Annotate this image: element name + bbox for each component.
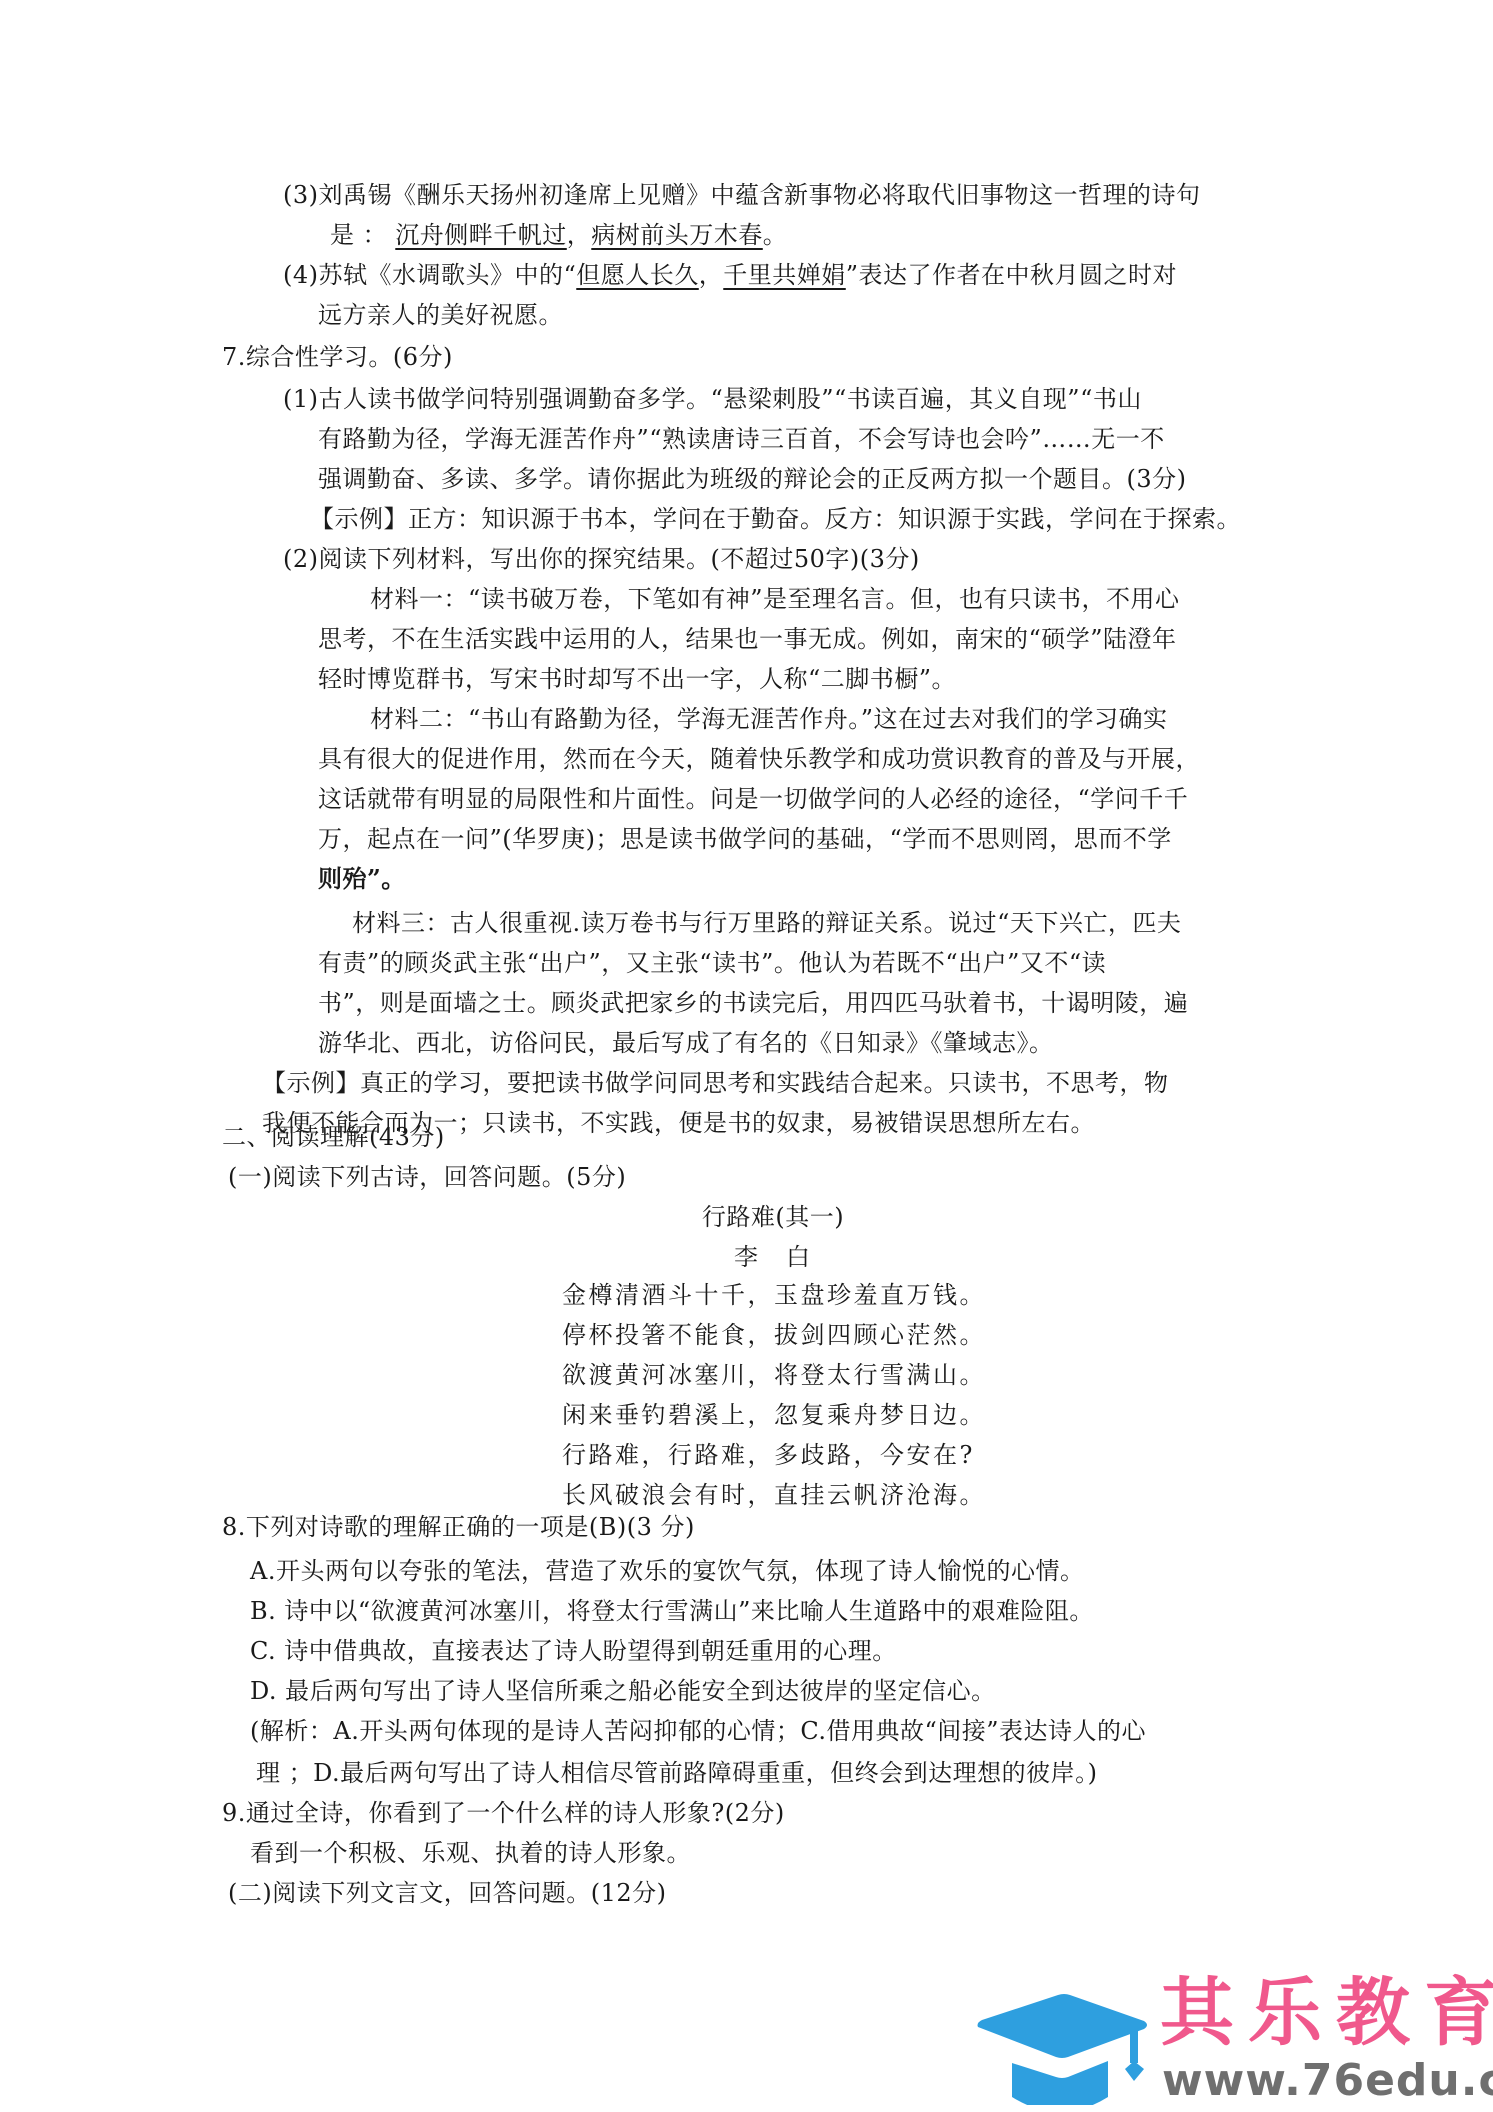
brand-name: 其乐教育 (1160, 1973, 1493, 2053)
answer-prefix: (4)苏轼《水调歌头》中的“ (283, 261, 576, 289)
answer-separator: ， (567, 221, 592, 249)
poem-line: 行路难，行路难，多歧路，今安在? (562, 1438, 975, 1472)
material3-line: 书”，则是面墙之士。顾炎武把家乡的书读完后，用四匹马驮着书，十谒明陵，遍 (318, 986, 1188, 1020)
q6-item3-answer-line: 是 ： 沉舟侧畔千帆过，病树前头万木春。 (330, 218, 787, 252)
brand-url: www.76edu.com (1162, 2057, 1493, 2105)
answer-blank-b: 病树前头万木春 (591, 221, 763, 249)
material2-line: 万，起点在一问”(华罗庚)；思是读书做学问的基础，“学而不思则罔，思而不学 (318, 822, 1172, 856)
poem-line: 长风破浪会有时，直挂云帆济沧海。 (562, 1478, 986, 1512)
q9-title: 9.通过全诗，你看到了一个什么样的诗人形象?(2分) (222, 1796, 785, 1830)
q7-part1-line: 强调勤奋、多读、多学。请你据此为班级的辩论会的正反两方拟一个题目。(3分) (318, 462, 1187, 496)
answer-suffix: 。 (763, 221, 788, 249)
material2-line-last: 则殆”。 (318, 862, 406, 896)
material3-line: 游华北、西北，访俗问民，最后写成了有名的《日知录》《肇域志》。 (318, 1026, 1054, 1060)
q8-title: 8.下列对诗歌的理解正确的一项是(B)(3 分) (222, 1510, 695, 1544)
poem-line: 欲渡黄河冰塞川，将登太行雪满山。 (562, 1358, 986, 1392)
poem-author: 李 白 (0, 1240, 1493, 1274)
watermark-logo: 其乐教育 www.76edu.com (968, 1965, 1488, 2105)
answer-suffix: ”表达了作者在中秋月圆之时对 (846, 261, 1177, 289)
material3-line: 材料三：古人很重视.读万卷书与行万里路的辩证关系。说过“天下兴亡，匹夫 (352, 906, 1181, 940)
q7-part2-prompt: (2)阅读下列材料，写出你的探究结果。(不超过50字)(3分) (283, 542, 920, 576)
answer-blank-a: 沉舟侧畔千帆过 (395, 221, 567, 249)
graduation-cap-icon (968, 1965, 1153, 2105)
answer-prefix: 是 ： (330, 221, 387, 249)
q8-option-d: D. 最后两句写出了诗人坚信所乘之船必能安全到达彼岸的坚定信心。 (250, 1674, 996, 1708)
poem-title: 行路难(其一) (0, 1200, 1493, 1234)
material1-line: 材料一：“读书破万卷，下笔如有神”是至理名言。但，也有只读书，不用心 (370, 582, 1180, 616)
q8-analysis: 理 ；D.最后两句写出了诗人相信尽管前路障碍重重，但终会到达理想的彼岸。) (256, 1756, 1098, 1790)
q7-title: 7.综合性学习。(6分) (222, 340, 453, 374)
poem-line: 金樽清酒斗十千，玉盘珍羞直万钱。 (562, 1278, 986, 1312)
material2-line: 这话就带有明显的局限性和片面性。问是一切做学问的人必经的途径，“学问千千 (318, 782, 1188, 816)
material2-line: 材料二：“书山有路勤为径，学海无涯苦作舟。”这在过去对我们的学习确实 (370, 702, 1168, 736)
q6-item4-line1: (4)苏轼《水调歌头》中的“但愿人长久，千里共婵娟”表达了作者在中秋月圆之时对 (283, 258, 1177, 292)
q8-option-b: B. 诗中以“欲渡黄河冰塞川，将登太行雪满山”来比喻人生道路中的艰难险阻。 (250, 1594, 1094, 1628)
section2-sub2: (二)阅读下列文言文，回答问题。(12分) (228, 1876, 667, 1910)
material2-line: 具有很大的促进作用，然而在今天，随着快乐教学和成功赏识教育的普及与开展， (318, 742, 1200, 776)
answer-separator: ， (699, 261, 724, 289)
material1-line: 思考，不在生活实践中运用的人，结果也一事无成。例如，南宋的“硕学”陆澄年 (318, 622, 1177, 656)
q8-option-c: C. 诗中借典故，直接表达了诗人盼望得到朝廷重用的心理。 (250, 1634, 897, 1668)
q7-part1-line: (1)古人读书做学问特别强调勤奋多学。“悬梁刺股”“书读百遍，其义自现”“书山 (283, 382, 1142, 416)
q9-answer: 看到一个积极、乐观、执着的诗人形象。 (250, 1836, 691, 1870)
poem-line: 停杯投箸不能食，拔剑四顾心茫然。 (562, 1318, 986, 1352)
q7-part1-example: 【示例】正方：知识源于书本，学问在于勤奋。反方：知识源于实践，学问在于探索。 (310, 502, 1241, 536)
answer-blank-a: 但愿人长久 (576, 261, 699, 289)
q7-part2-example: 【示例】真正的学习，要把读书做学问同思考和实践结合起来。只读书，不思考，物 (262, 1066, 1169, 1100)
section2-title: 二、阅读理解(43分) (222, 1120, 445, 1154)
material1-line: 轻时博览群书，写宋书时却写不出一字，人称“二脚书橱”。 (318, 662, 956, 696)
q8-analysis: (解析：A.开头两句体现的是诗人苦闷抑郁的心情；C.借用典故“间接”表达诗人的心 (250, 1714, 1146, 1748)
answer-blank-b: 千里共婵娟 (723, 261, 846, 289)
q7-part1-line: 有路勤为径，学海无涯苦作舟”“熟读唐诗三百首，不会写诗也会吟”……无一不 (318, 422, 1165, 456)
q6-item4-line2: 远方亲人的美好祝愿。 (318, 298, 563, 332)
material3-line: 有责”的顾炎武主张“出户”，又主张“读书”。他认为若既不“出户”又不“读 (318, 946, 1106, 980)
q8-option-a: A.开头两句以夸张的笔法，营造了欢乐的宴饮气氛，体现了诗人愉悦的心情。 (250, 1554, 1084, 1588)
section2-sub1: (一)阅读下列古诗，回答问题。(5分) (228, 1160, 626, 1194)
poem-line: 闲来垂钓碧溪上，忽复乘舟梦日边。 (562, 1398, 986, 1432)
q6-item3-line1: (3)刘禹锡《酬乐天扬州初逢席上见赠》中蕴含新事物必将取代旧事物这一哲理的诗句 (283, 178, 1201, 212)
exam-answer-page: (3)刘禹锡《酬乐天扬州初逢席上见赠》中蕴含新事物必将取代旧事物这一哲理的诗句 … (0, 0, 1493, 2112)
